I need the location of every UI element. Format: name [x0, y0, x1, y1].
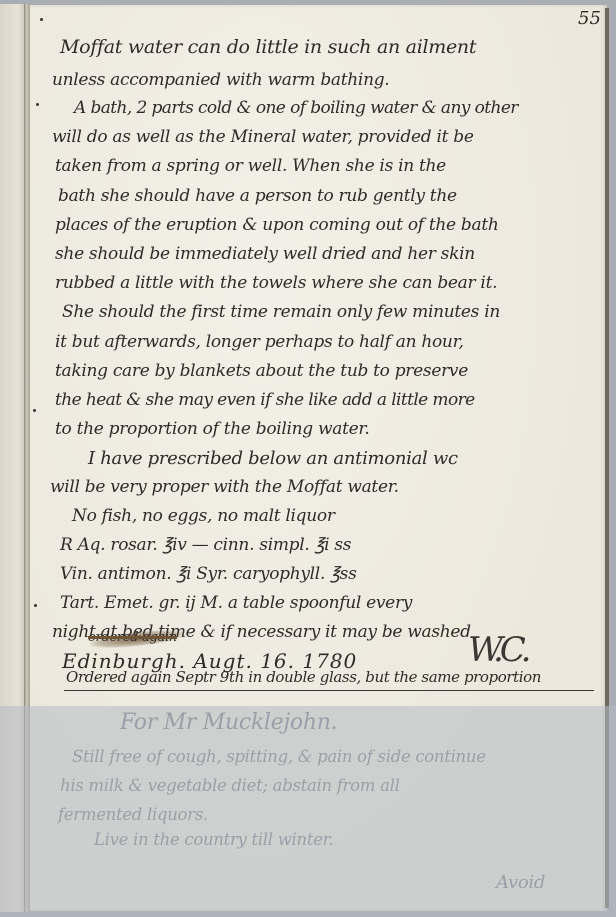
text-line-9: rubbed a little with the towels where sh… [55, 273, 497, 293]
lower-closing-word: Avoid [496, 872, 545, 893]
ink-dot [34, 604, 37, 607]
text-line-13: the heat & she may even if she like add … [55, 390, 475, 410]
text-line-14: to the proportion of the boiling water. [55, 419, 369, 439]
prescription-line-2: Vin. antimon. ℥i Syr. caryophyll. ℥ss [60, 564, 357, 584]
physician-initials: W.C. [468, 630, 527, 670]
lower-line-3: fermented liquors. [58, 805, 208, 824]
page-edge-shadow [605, 8, 609, 908]
text-line-10: She should the first time remain only fe… [62, 302, 500, 322]
text-line-6: bath she should have a person to rub gen… [58, 186, 457, 206]
text-line-16: will be very proper with the Moffat wate… [50, 477, 399, 497]
text-line-12: taking care by blankets about the tub to… [55, 361, 468, 381]
reorder-note: Ordered again Septr 9th in double glass,… [66, 668, 541, 686]
section-divider [64, 690, 594, 691]
text-line-15: I have prescribed below an antimonial wc [88, 448, 458, 469]
text-line-2: unless accompanied with warm bathing. [52, 70, 389, 90]
text-line-1: Moffat water can do little in such an ai… [60, 36, 476, 58]
text-line-5: taken from a spring or well. When she is… [55, 156, 446, 176]
manuscript-scan: 55 Moffat water can do little in such an… [0, 0, 616, 917]
lower-line-4: Live in the country till winter. [94, 830, 333, 849]
text-line-7: places of the eruption & upon coming out… [55, 215, 499, 235]
lower-heading: For Mr Mucklejohn. [120, 710, 337, 735]
ink-dot [33, 409, 36, 412]
prescription-line-1: R Aq. rosar. ℥iv — cinn. simpl. ℥i ss [60, 535, 351, 555]
ink-dot [40, 18, 43, 21]
text-line-4: will do as well as the Mineral water, pr… [52, 127, 474, 147]
ink-dot [36, 103, 39, 106]
text-line-3: A bath, 2 parts cold & one of boiling wa… [74, 98, 518, 118]
lower-line-1: Still free of cough, spitting, & pain of… [72, 747, 486, 766]
text-line-17: No fish, no eggs, no malt liquor [72, 506, 335, 526]
struck-text: ordered again [88, 630, 177, 645]
page-number: 55 [578, 8, 601, 29]
lower-line-2: his milk & vegetable diet; abstain from … [60, 776, 400, 795]
text-line-8: she should be immediately well dried and… [55, 244, 475, 264]
prescription-line-3: Tart. Emet. gr. ij M. a table spoonful e… [60, 593, 412, 613]
text-line-11: it but afterwards, longer perhaps to hal… [55, 332, 464, 352]
left-page-edge [0, 4, 26, 912]
